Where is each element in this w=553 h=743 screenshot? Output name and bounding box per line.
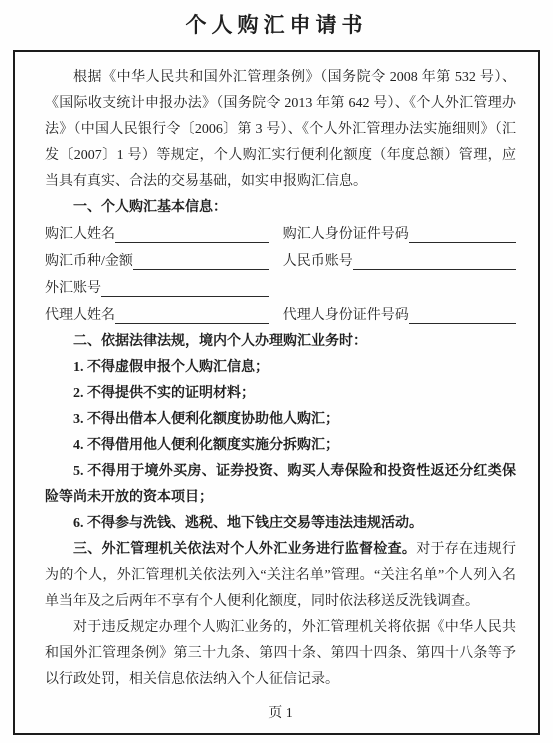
form-row-2: 购汇币种/金额 人民币账号 <box>45 248 516 275</box>
field-agent-name: 代理人姓名 <box>45 302 269 329</box>
field-label-fx-account: 外汇账号 <box>45 275 101 302</box>
rule-item-3: 3. 不得出借本人便利化额度协助他人购汇； <box>45 407 516 433</box>
rule-item-2: 2. 不得提供不实的证明材料； <box>45 381 516 407</box>
field-line-fx-account[interactable] <box>101 275 269 297</box>
field-agent-id-number: 代理人身份证件号码 <box>283 302 516 329</box>
form-row-3-empty <box>283 275 516 302</box>
field-line-purchaser-id-number[interactable] <box>409 221 516 243</box>
rule-item-5: 5. 不得用于境外买房、证券投资、购买人寿保险和投资性返还分红类保险等尚未开放的… <box>45 459 516 511</box>
field-label-purchaser-name: 购汇人姓名 <box>45 221 115 248</box>
field-label-agent-name: 代理人姓名 <box>45 302 115 329</box>
page-title: 个人购汇申请书 <box>0 0 553 39</box>
section-3-heading: 三、外汇管理机关依法对个人外汇业务进行监督检查。 <box>73 542 416 557</box>
field-line-agent-name[interactable] <box>115 302 269 324</box>
page-number: 页 1 <box>45 701 516 727</box>
field-label-rmb-account: 人民币账号 <box>283 248 353 275</box>
form-row-4: 代理人姓名 代理人身份证件号码 <box>45 302 516 329</box>
field-purchaser-id-number: 购汇人身份证件号码 <box>283 221 516 248</box>
document-frame: 根据《中华人民共和国外汇管理条例》（国务院令 2008 年第 532 号）、《国… <box>13 50 540 735</box>
rule-item-4: 4. 不得借用他人便利化额度实施分拆购汇； <box>45 433 516 459</box>
rule-item-1: 1. 不得虚假申报个人购汇信息； <box>45 355 516 381</box>
field-line-purchaser-name[interactable] <box>115 221 269 243</box>
intro-paragraph: 根据《中华人民共和国外汇管理条例》（国务院令 2008 年第 532 号）、《国… <box>45 65 516 195</box>
section-1-heading: 一、个人购汇基本信息： <box>45 195 516 221</box>
field-fx-account: 外汇账号 <box>45 275 269 302</box>
field-line-agent-id-number[interactable] <box>409 302 516 324</box>
field-currency-amount: 购汇币种/金额 <box>45 248 269 275</box>
closing-paragraph: 对于违反规定办理个人购汇业务的，外汇管理机关将依据《中华人民共和国外汇管理条例》… <box>45 615 516 693</box>
document-page: 个人购汇申请书 根据《中华人民共和国外汇管理条例》（国务院令 2008 年第 5… <box>0 0 553 743</box>
field-line-rmb-account[interactable] <box>353 248 516 270</box>
section-3-paragraph: 三、外汇管理机关依法对个人外汇业务进行监督检查。对于存在违规行为的个人，外汇管理… <box>45 537 516 615</box>
field-label-purchaser-id-number: 购汇人身份证件号码 <box>283 221 409 248</box>
section-2-heading: 二、依据法律法规，境内个人办理购汇业务时： <box>45 329 516 355</box>
field-label-currency-amount: 购汇币种/金额 <box>45 248 133 275</box>
field-line-currency-amount[interactable] <box>133 248 269 270</box>
form-row-1: 购汇人姓名 购汇人身份证件号码 <box>45 221 516 248</box>
field-purchaser-name: 购汇人姓名 <box>45 221 269 248</box>
field-label-agent-id-number: 代理人身份证件号码 <box>283 302 409 329</box>
form-row-3: 外汇账号 <box>45 275 516 302</box>
field-rmb-account: 人民币账号 <box>283 248 516 275</box>
rule-item-6: 6. 不得参与洗钱、逃税、地下钱庄交易等违法违规活动。 <box>45 511 516 537</box>
